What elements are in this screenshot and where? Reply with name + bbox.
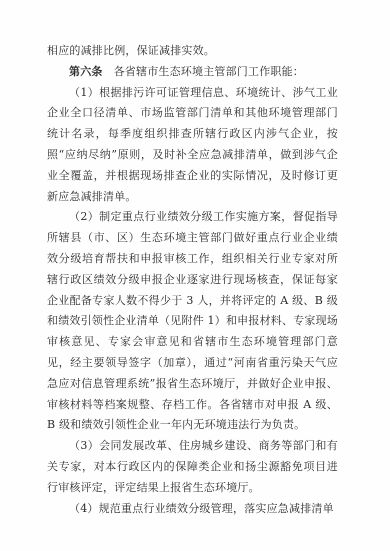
article-6-heading: 第六条各省辖市生态环境主管部门工作职能： bbox=[47, 62, 338, 83]
clause-3-paragraph: （3）会同发展改革、住房城乡建设、商务等部门和有关专家，对本行政区内的保障类企业… bbox=[47, 436, 338, 498]
clause-4-paragraph: （4）规范重点行业绩效分级管理，落实应急减排清单 bbox=[47, 499, 338, 520]
paragraph-continuation: 相应的减排比例，保证减排实效。 bbox=[47, 41, 338, 62]
article-heading-text: 各省辖市生态环境主管部门工作职能： bbox=[114, 65, 304, 78]
document-page: 相应的减排比例，保证减排实效。 第六条各省辖市生态环境主管部门工作职能： （1）… bbox=[0, 0, 390, 551]
article-number-label: 第六条 bbox=[69, 65, 103, 78]
clause-1-paragraph: （1）根据排污许可证管理信息、环境统计、涉气工业企业全口径清单、市场监管部门清单… bbox=[47, 83, 338, 208]
clause-2-paragraph: （2）制定重点行业绩效分级工作实施方案，督促指导所辖县（市、区）生态环境主管部门… bbox=[47, 207, 338, 436]
